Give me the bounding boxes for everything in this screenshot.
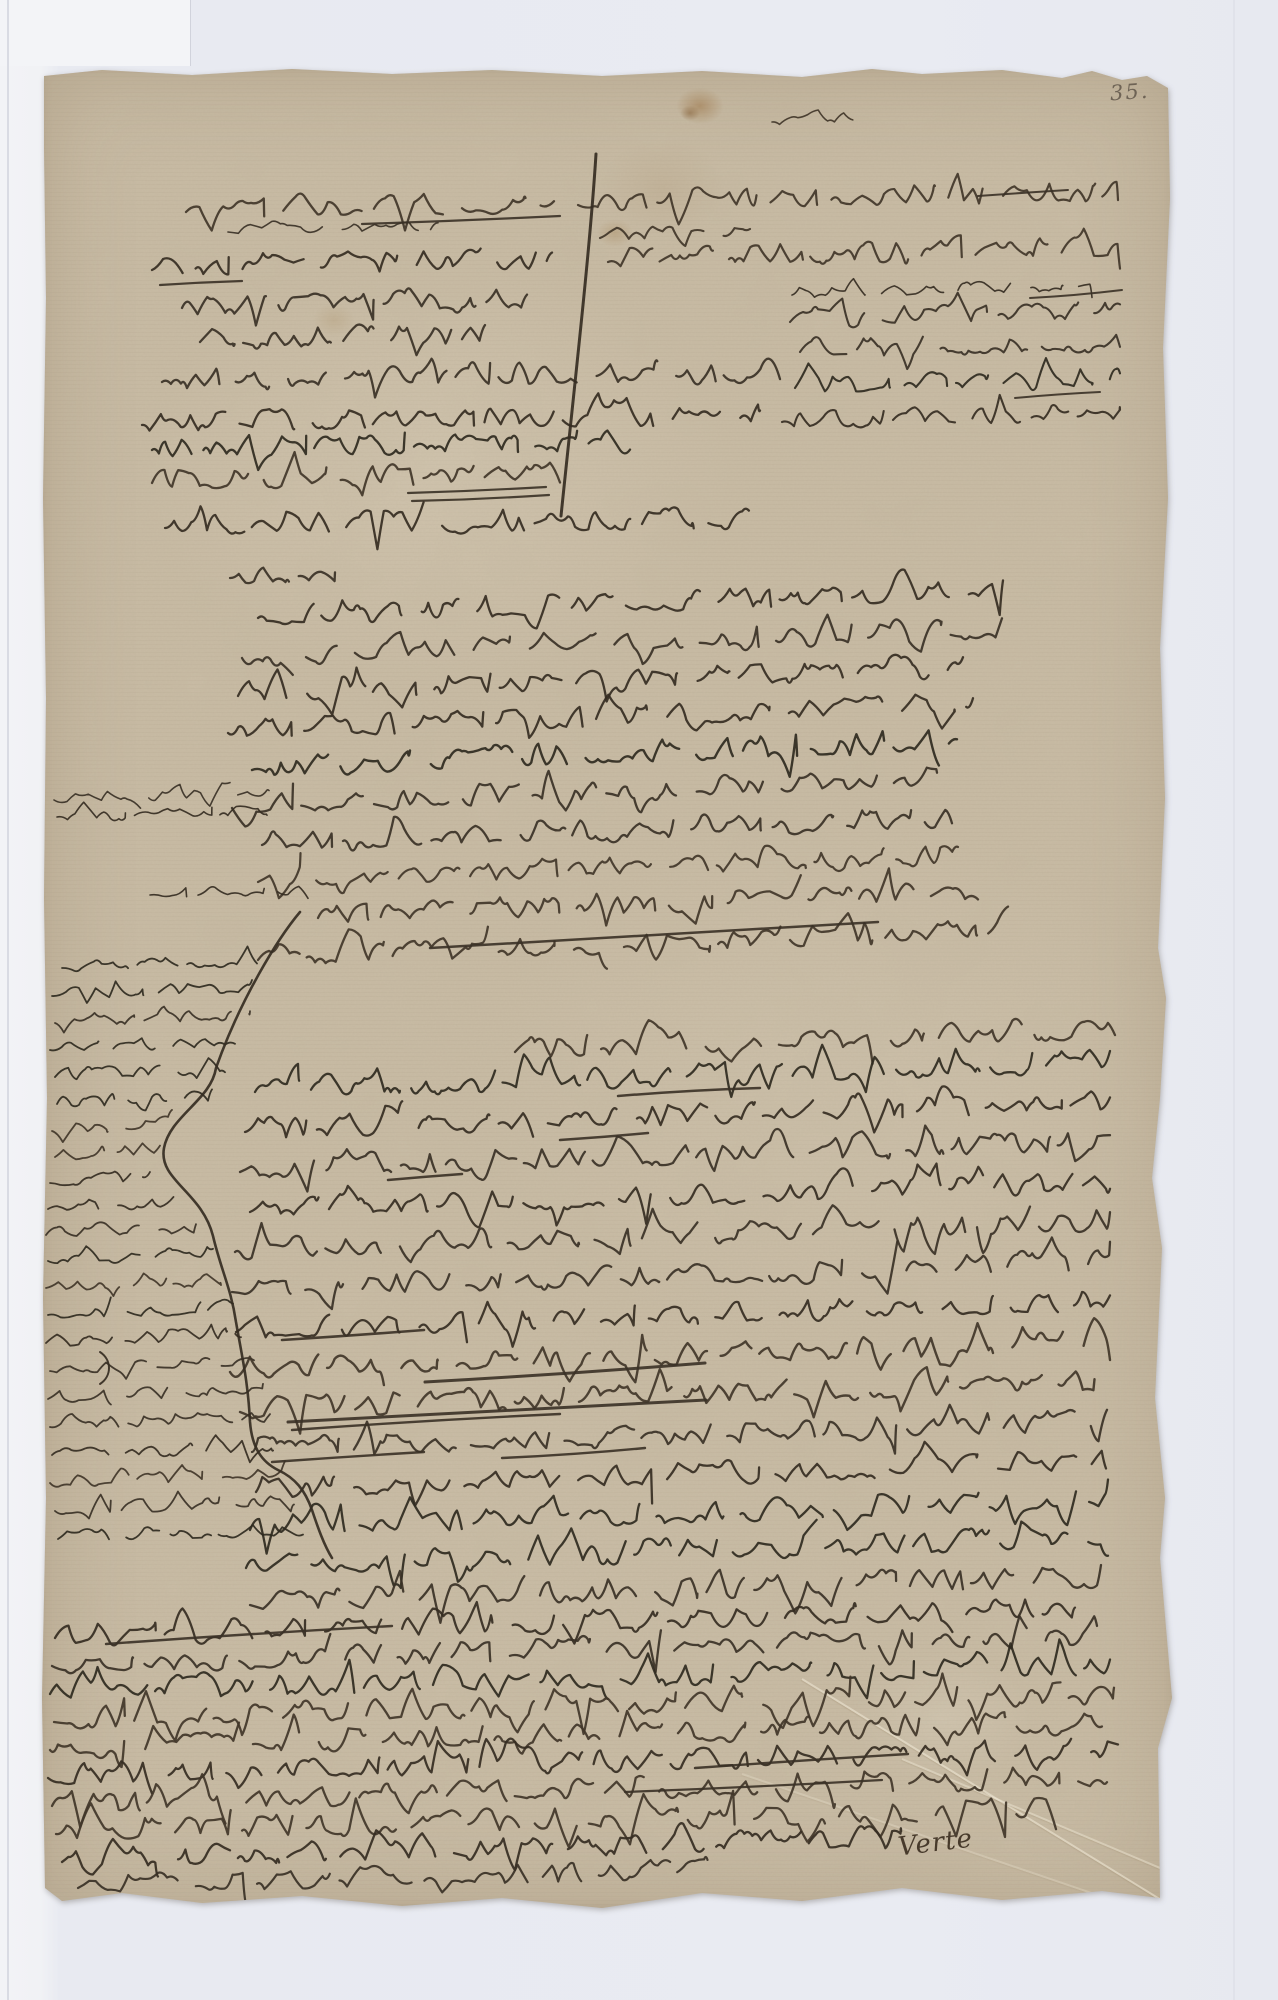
handwriting-ink (42, 68, 1174, 1908)
paper-shadow-wrap: 35. Verte (0, 0, 1278, 2000)
scan-background: 35. Verte (0, 0, 1278, 2000)
manuscript-page: 35. Verte (42, 68, 1174, 1908)
page-number: 35. (1109, 79, 1150, 106)
